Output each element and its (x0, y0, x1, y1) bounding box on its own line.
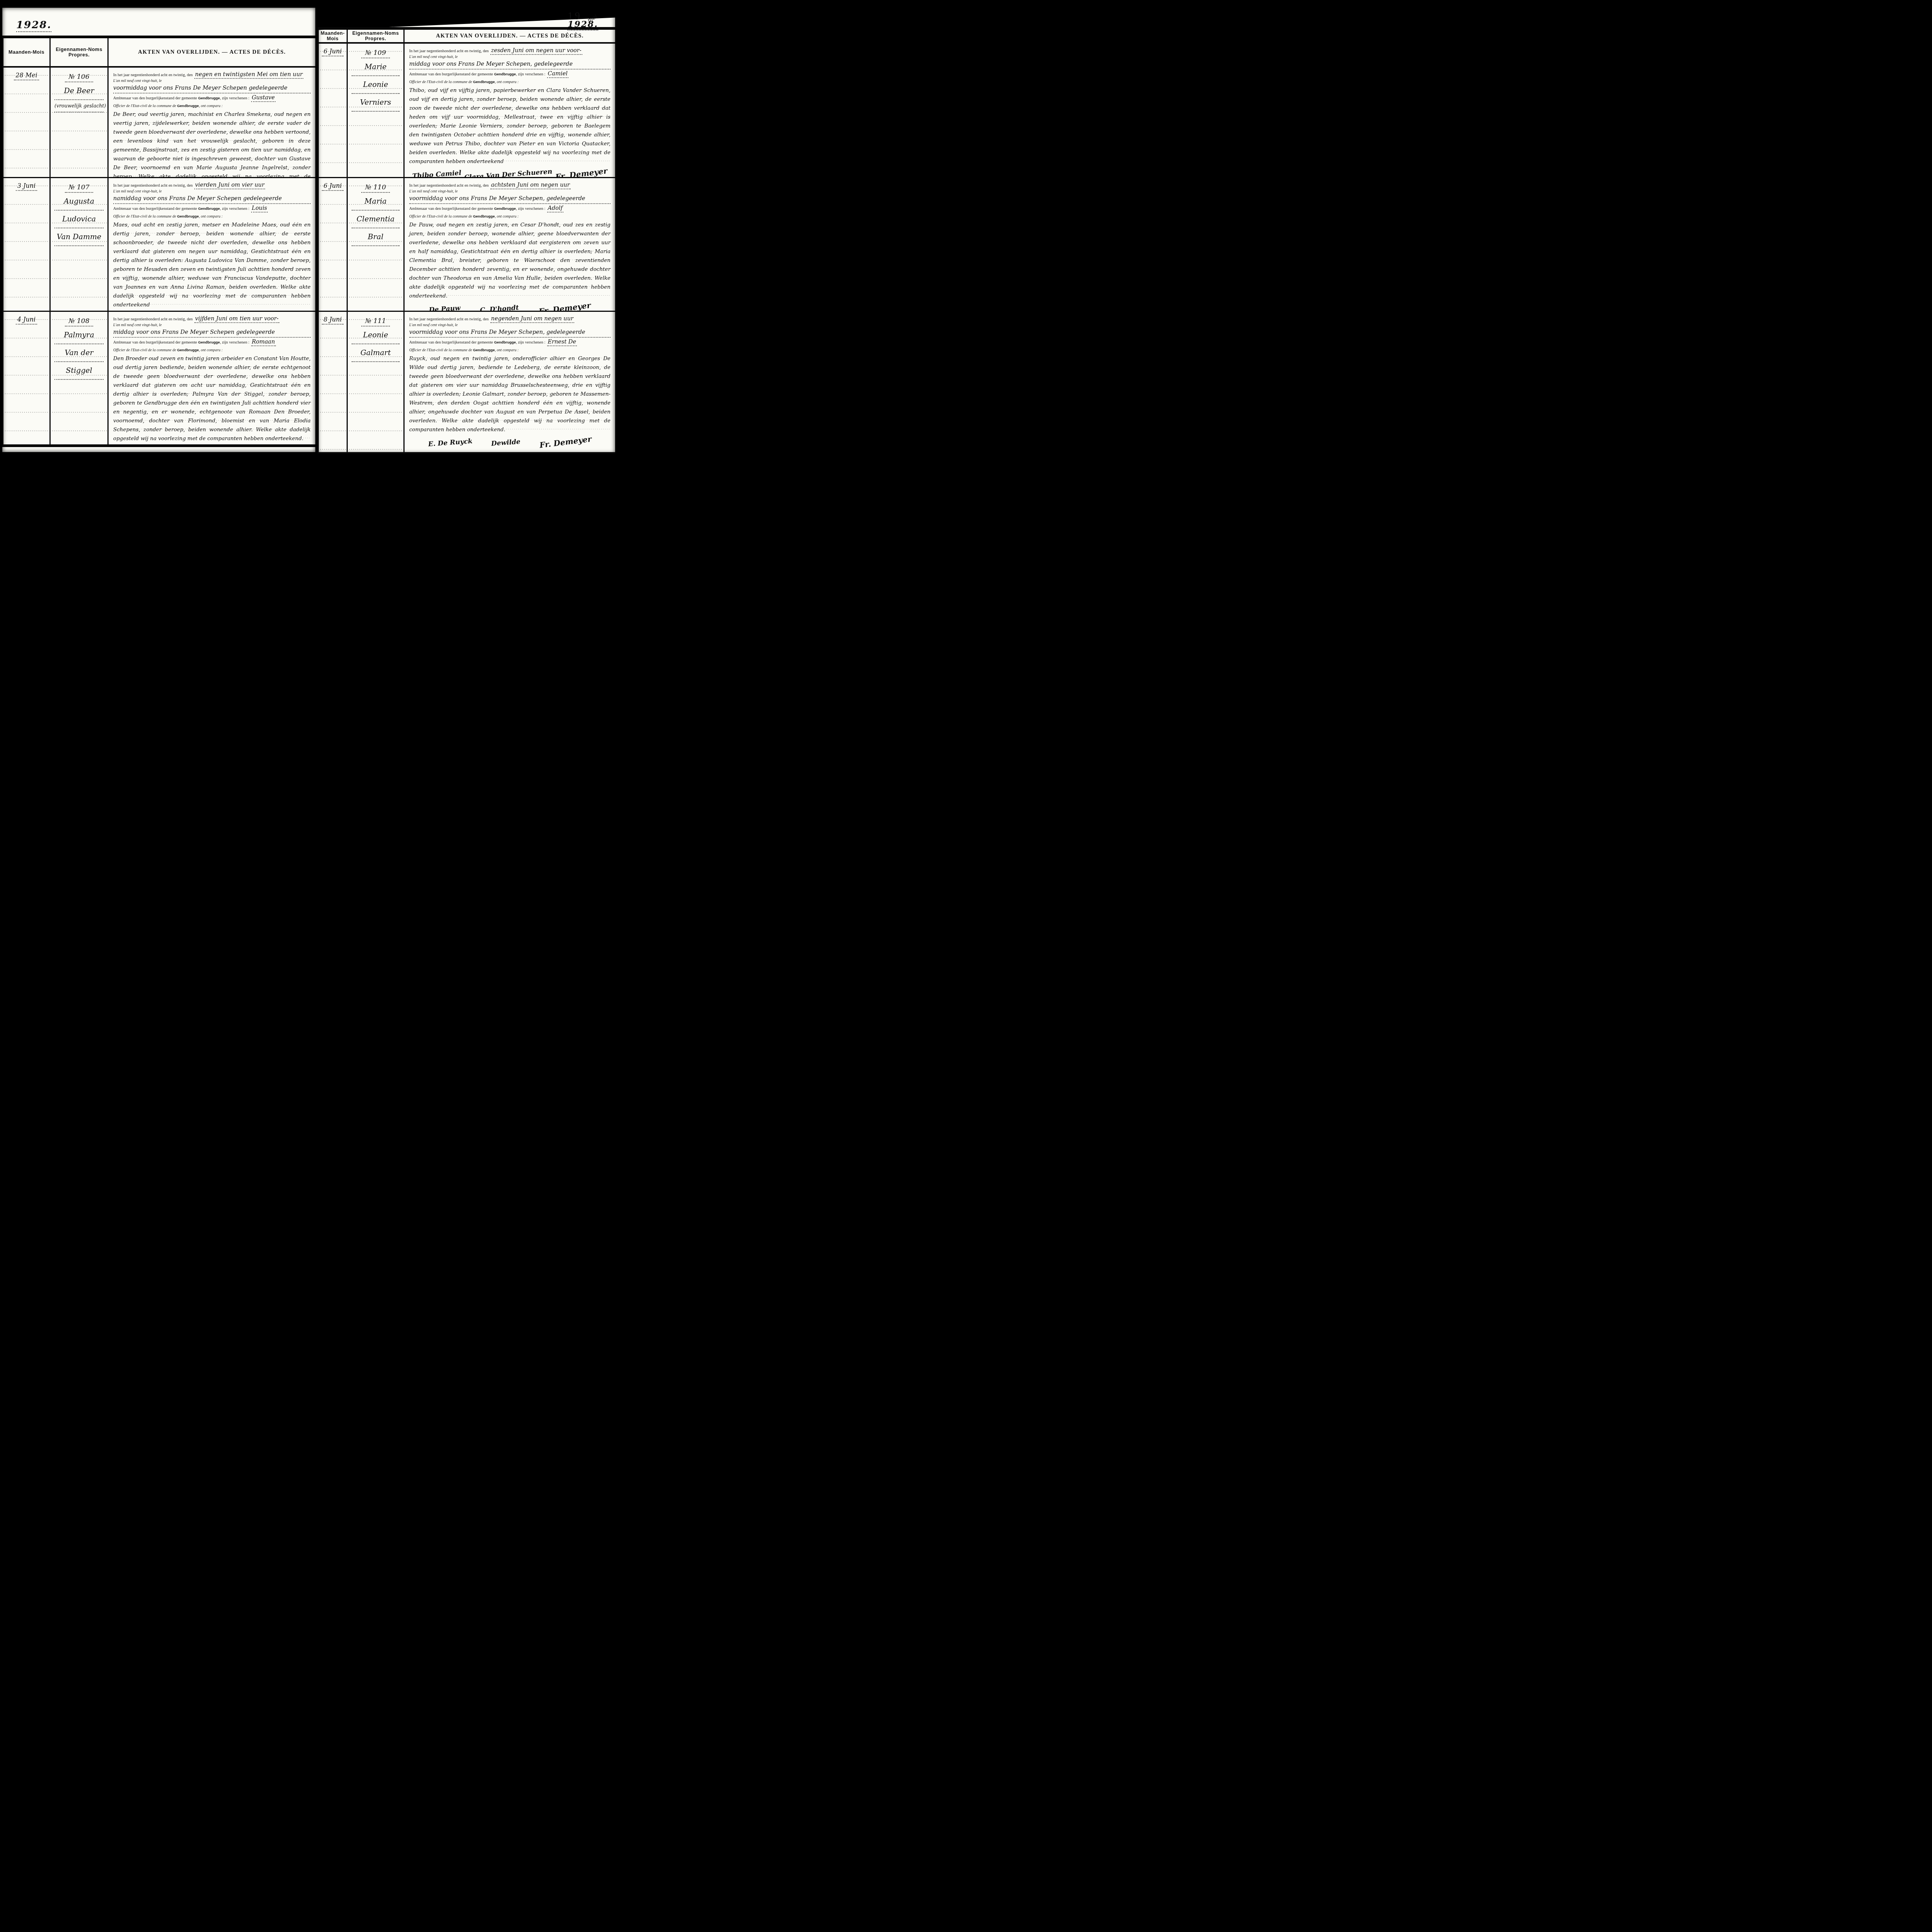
act-number: № 110 (361, 184, 390, 193)
acts-title: AKTEN VAN OVERLIJDEN. — ACTES DE DÉCÈS. (109, 38, 315, 68)
page-year-heading: 1928. (16, 19, 51, 32)
comparant-lead: Adolf (547, 205, 564, 213)
printed-line-dutch: Ambtenaar van den burgerlijkenstand der … (409, 72, 494, 77)
signatures-row: E. De Ruyck Dewilde Fr. Demeyer (409, 437, 611, 447)
names-cell-111: № 111 Leonie Galmart (348, 312, 405, 453)
form-line-registrar: Ambtenaar van den burgerlijkenstand der … (409, 70, 611, 77)
column-header-names: Eigennamen-Noms Propres. (51, 38, 109, 68)
column-header-names: Eigennamen-Noms Propres. (348, 30, 405, 44)
printed-line-french: Officier de l'Etat-civil de la commune d… (113, 104, 177, 108)
month-cell-109: 6 Juni (319, 44, 348, 178)
names-cell-110: № 110 Maria Clementia Bral (348, 178, 405, 312)
printed-line-french: , ont comparu : (199, 348, 223, 352)
printed-line-dutch: , zijn verschenen : (220, 96, 249, 100)
commune-name: Gendbrugge (473, 348, 495, 352)
form-line-opening: In het jaar negentienhonderd acht en twi… (409, 47, 611, 54)
form-line-opening: In het jaar negentienhonderd acht en twi… (113, 182, 311, 189)
month-cell-108: 4 Juni (3, 312, 51, 446)
signature: Fr. Demeyer (538, 301, 591, 312)
signature: Clara Van Der Schueren (464, 168, 553, 178)
form-line-registrar-fr: Officier de l'Etat-civil de la commune d… (409, 213, 611, 219)
month-cell-107: 3 Juni (3, 178, 51, 312)
act-number: № 106 (65, 73, 94, 82)
signatures-row: De Pauw C. D'hondt Fr. Demeyer (409, 304, 611, 312)
deceased-name-line: Van Damme (54, 228, 104, 246)
act-body: Ruyck, oud negen en twintig jaren, onder… (409, 354, 611, 434)
deceased-name-line: Clementia (352, 211, 400, 228)
commune-name: Gendbrugge (494, 72, 516, 77)
printed-line-french: L'an mil neuf cent vingt-huit, le (113, 79, 311, 83)
printed-line-dutch: , zijn verschenen : (220, 340, 249, 345)
printed-line-dutch: In het jaar negentienhonderd acht en twi… (409, 49, 489, 53)
commune-name: Gendbrugge (177, 104, 199, 108)
form-line-opening: In het jaar negentienhonderd acht en twi… (113, 71, 311, 78)
signature: E. De Ruyck (428, 437, 473, 448)
printed-line-dutch: Ambtenaar van den burgerlijkenstand der … (409, 207, 494, 211)
printed-line-french: Officier de l'Etat-civil de la commune d… (113, 214, 177, 219)
deceased-name-line: Leonie (352, 76, 400, 94)
officiant-line: voormiddag voor ons Frans De Meyer Schep… (409, 194, 611, 204)
commune-name: Gendbrugge (198, 207, 220, 211)
act-number: № 108 (65, 317, 94, 327)
printed-line-french: , ont comparu : (495, 214, 519, 219)
form-line-registrar: Ambtenaar van den burgerlijkenstand der … (113, 205, 311, 212)
printed-line-dutch: Ambtenaar van den burgerlijkenstand der … (113, 96, 198, 100)
act-body: De Beer, oud veertig jaren, machinist en… (113, 110, 311, 178)
printed-line-dutch: In het jaar negentienhonderd acht en twi… (113, 73, 193, 77)
signature: C. D'hondt (480, 304, 519, 312)
handwritten-fill-date: zesden Juni om negen uur voor- (490, 48, 582, 55)
form-line-opening: In het jaar negentienhonderd acht en twi… (409, 315, 611, 322)
register-page-left: 1928. Maanden-Mois Eigennamen-Noms Propr… (2, 8, 315, 452)
act-text-cell-111: In het jaar negentienhonderd acht en twi… (405, 312, 615, 453)
act-body: Den Broeder oud zeven en twintig jaren a… (113, 354, 311, 443)
signature: Fr. Demeyer (243, 443, 296, 446)
printed-line-french: Officier de l'Etat-civil de la commune d… (409, 214, 473, 219)
deceased-name-line: Galmart (352, 344, 400, 362)
printed-line-dutch: , zijn verschenen : (220, 207, 249, 211)
printed-line-french: , ont comparu : (495, 80, 519, 84)
form-line-registrar-fr: Officier de l'Etat-civil de la commune d… (113, 346, 311, 353)
deceased-name-line: Stiggel (54, 362, 104, 380)
names-cell-109: № 109 Marie Leonie Verniers (348, 44, 405, 178)
deceased-name-line: Marie (352, 58, 400, 76)
act-body: De Pauw, oud negen en zestig jaren, en C… (409, 221, 611, 301)
form-line-registrar-fr: Officier de l'Etat-civil de la commune d… (409, 346, 611, 353)
printed-line-french: L'an mil neuf cent vingt-huit, le (113, 189, 311, 194)
commune-name: Gendbrugge (177, 214, 199, 219)
printed-line-french: , ont comparu : (199, 214, 223, 219)
column-header-month: Maanden-Mois (3, 38, 51, 68)
signature: Dewilde (491, 438, 521, 447)
commune-name: Gendbrugge (473, 80, 495, 84)
commune-name: Gendbrugge (198, 96, 220, 100)
printed-line-french: , ont comparu : (495, 348, 519, 352)
act-text-cell-107: In het jaar negentienhonderd acht en twi… (109, 178, 315, 312)
commune-name: Gendbrugge (177, 348, 199, 352)
officiant-line: middag voor ons Frans De Meyer Schepen, … (409, 60, 611, 70)
printed-line-french: , ont comparu : (199, 104, 223, 108)
register-table: Maanden-Mois Eigennamen-Noms Propres. AK… (2, 36, 315, 447)
form-line-registrar: Ambtenaar van den burgerlijkenstand der … (113, 94, 311, 101)
comparant-lead: Ernest De (547, 339, 577, 346)
handwritten-fill-date: vierden Juni om vier uur (194, 182, 265, 189)
deceased-name-line: De Beer (54, 82, 104, 100)
deceased-name-line: Leonie (352, 327, 400, 344)
act-body: Thibo, oud vijf en vijftig jaren, papier… (409, 86, 611, 166)
deceased-name-line: Van der (54, 344, 104, 362)
deceased-name-line: Augusta (54, 193, 104, 211)
officiant-line: voormiddag voor ons Frans De Meyer Schep… (409, 328, 611, 338)
officiant-line: namiddag voor ons Frans De Meyer Schepen… (113, 194, 311, 204)
form-line-registrar: Ambtenaar van den burgerlijkenstand der … (113, 338, 311, 345)
officiant-line: middag voor ons Frans De Meyer Schepen g… (113, 328, 311, 338)
margin-date: 6 Juni (322, 182, 343, 191)
comparant-lead: Louis (251, 205, 268, 213)
act-number: № 109 (361, 49, 390, 58)
handwritten-fill-date: achtsten Juni om negen uur (490, 182, 571, 189)
deceased-name-line: Palmyra (54, 327, 104, 344)
deceased-name-line: Bral (352, 228, 400, 246)
commune-name: Gendbrugge (494, 207, 516, 211)
form-line-registrar-fr: Officier de l'Etat-civil de la commune d… (409, 78, 611, 85)
signature: Thibo Camiel (412, 169, 461, 178)
printed-line-dutch: , zijn verschenen : (516, 340, 545, 345)
margin-date: 8 Juni (322, 316, 343, 325)
act-text-cell-106: In het jaar negentienhonderd acht en twi… (109, 68, 315, 178)
printed-line-french: Officier de l'Etat-civil de la commune d… (113, 348, 177, 352)
printed-line-french: Officier de l'Etat-civil de la commune d… (409, 348, 473, 352)
form-line-registrar-fr: Officier de l'Etat-civil de la commune d… (113, 213, 311, 219)
act-text-cell-110: In het jaar negentienhonderd acht en twi… (405, 178, 615, 312)
deceased-name-line: Verniers (352, 94, 400, 112)
register-table: Maanden-Mois Eigennamen-Noms Propres. AK… (318, 27, 615, 454)
printed-line-french: L'an mil neuf cent vingt-huit, le (113, 323, 311, 327)
printed-line-dutch: In het jaar negentienhonderd acht en twi… (113, 184, 193, 188)
handwritten-fill-date: negen en twintigsten Mei om tien uur (194, 71, 303, 79)
printed-line-dutch: Ambtenaar van den burgerlijkenstand der … (113, 340, 198, 345)
month-cell-106: 28 Mei (3, 68, 51, 178)
margin-date: 4 Juni (16, 316, 37, 325)
signature: De Pauw (429, 304, 461, 312)
names-cell-107: № 107 Augusta Ludovica Van Damme (51, 178, 109, 312)
margin-date: 28 Mei (14, 71, 39, 80)
printed-line-french: L'an mil neuf cent vingt-huit, le (409, 55, 611, 59)
act-text-cell-109: In het jaar negentienhonderd acht en twi… (405, 44, 615, 178)
form-line-registrar: Ambtenaar van den burgerlijkenstand der … (409, 205, 611, 212)
commune-name: Gendbrugge (494, 340, 516, 345)
month-cell-111: 8 Juni (319, 312, 348, 453)
names-cell-108: № 108 Palmyra Van der Stiggel (51, 312, 109, 446)
printed-line-french: L'an mil neuf cent vingt-huit, le (409, 189, 611, 194)
signature: Fr. Demeyer (539, 434, 592, 450)
printed-line-dutch: Ambtenaar van den burgerlijkenstand der … (409, 340, 494, 345)
register-page-right: 19 mei 1928. Maanden-Mois Eigennamen-Nom… (318, 5, 615, 454)
printed-line-dutch: In het jaar negentienhonderd acht en twi… (409, 317, 489, 321)
form-line-opening: In het jaar negentienhonderd acht en twi… (409, 182, 611, 189)
handwritten-fill-date: vijfden Juni om tien uur voor- (194, 316, 279, 323)
comparant-lead: Gustave (251, 95, 276, 102)
act-number: № 111 (361, 317, 390, 327)
printed-line-dutch: , zijn verschenen : (516, 72, 545, 77)
printed-line-french: L'an mil neuf cent vingt-huit, le (409, 323, 611, 327)
officiant-line: voormiddag voor ons Frans De Meyer Schep… (113, 83, 311, 94)
form-line-registrar-fr: Officier de l'Etat-civil de la commune d… (113, 102, 311, 109)
form-line-opening: In het jaar negentienhonderd acht en twi… (113, 315, 311, 322)
names-cell-106: № 106 De Beer (vrouwelijk geslacht) (51, 68, 109, 178)
margin-date: 6 Juni (322, 48, 343, 56)
column-header-month: Maanden-Mois (319, 30, 348, 44)
act-body: Maes, oud acht en zestig jaren, metser e… (113, 221, 311, 310)
comparant-lead: Camiel (547, 71, 568, 78)
deceased-name-line: (vrouwelijk geslacht) (54, 100, 104, 112)
commune-name: Gendbrugge (473, 214, 495, 219)
form-line-registrar: Ambtenaar van den burgerlijkenstand der … (409, 338, 611, 345)
month-cell-110: 6 Juni (319, 178, 348, 312)
act-text-cell-108: In het jaar negentienhonderd acht en twi… (109, 312, 315, 446)
commune-name: Gendbrugge (198, 340, 220, 345)
handwritten-fill-date: negenden Juni om negen uur (490, 316, 574, 323)
comparant-lead: Romaan (251, 339, 276, 346)
printed-line-dutch: In het jaar negentienhonderd acht en twi… (409, 184, 489, 188)
printed-line-dutch: In het jaar negentienhonderd acht en twi… (113, 317, 193, 321)
printed-line-french: Officier de l'Etat-civil de la commune d… (409, 80, 473, 84)
deceased-name-line: Ludovica (54, 211, 104, 228)
act-number: № 107 (65, 184, 94, 193)
acts-title: AKTEN VAN OVERLIJDEN. — ACTES DE DÉCÈS. (405, 30, 615, 44)
margin-date: 3 Juni (16, 182, 37, 191)
printed-line-dutch: Ambtenaar van den burgerlijkenstand der … (113, 207, 198, 211)
signature: Fr. Demeyer (555, 166, 608, 178)
deceased-name-line: Maria (352, 193, 400, 211)
signatures-row: Thibo Camiel Clara Van Der Schueren Fr. … (409, 169, 611, 178)
printed-line-dutch: , zijn verschenen : (516, 207, 545, 211)
